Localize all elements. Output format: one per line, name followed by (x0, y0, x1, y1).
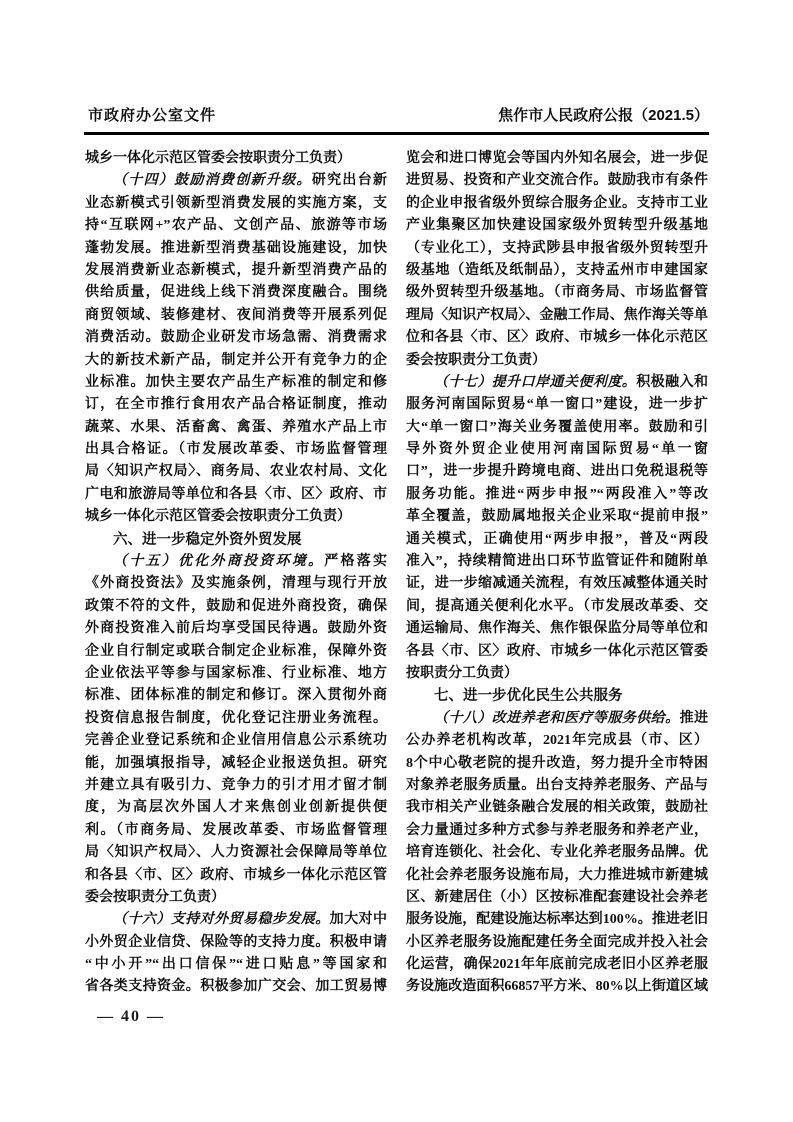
item-heading: （十七）提升口岸通关便利度。 (434, 375, 636, 390)
body-text: 览会和进口博览会等国内外知名展会，进一步促 (406, 151, 708, 166)
text-line: 订，在全市推行食用农产品合格证制度，推动 (85, 394, 387, 416)
item-heading: （十五）优化外商投资环境。 (113, 554, 324, 569)
text-line: 间，提高通关便利化水平。（市发展改革委、交 (406, 596, 708, 618)
text-line: 并建立具有吸引力、竞争力的引才用才留才制 (85, 775, 387, 797)
text-line: 委会按职责分工负责） (85, 887, 387, 909)
body-text: 供给质量，促进线上线下消费深度融合。围绕 (85, 285, 387, 300)
text-line: （十六）支持对外贸易稳步发展。加大对中 (85, 909, 387, 931)
text-line: 《外商投资法》及实施条例，清理与现行开放 (85, 573, 387, 595)
text-line: 口”，进一步提升跨境电商、进出口免税退税等 (406, 461, 708, 483)
item-heading: （十六）支持对外贸易稳步发展。 (113, 912, 330, 927)
section-heading: 七、进一步优化民生公共服务 (434, 688, 623, 704)
body-text: 完善企业登记系统和企业信用信息公示系统功 (85, 733, 387, 748)
body-text: 局〈知识产权局〉、人力资源社会保障局等单位 (85, 845, 387, 860)
text-line: 企业自行制定或联合制定企业标准，保障外资 (85, 641, 387, 663)
body-text: 我市相关产业链条融合发展的相关政策，鼓励社 (406, 800, 708, 815)
body-text: 广电和旅游局等单位和各县〈市、区〉政府、市 (85, 487, 387, 502)
body-text: 小外贸企业信贷、保险等的支持力度。积极申请 (85, 935, 387, 950)
text-line: 出具合格证。（市发展改革委、市场监督管理 (85, 439, 387, 461)
text-line: 七、进一步优化民生公共服务 (406, 685, 708, 707)
body-text: 公办养老机构改革，2021年完成县（市、区） (406, 733, 708, 748)
body-text: 委会按职责分工负责） (85, 890, 225, 905)
body-text: 《外商投资法》及实施条例，清理与现行开放 (85, 576, 387, 591)
text-line: 广电和旅游局等单位和各县〈市、区〉政府、市 (85, 484, 387, 506)
text-line: 省各类支持资金。积极参加广交会、加工贸易博 (85, 976, 387, 998)
body-text: 革全覆盖，鼓励属地报关企业采取“提前申报” (406, 509, 708, 524)
text-line: 准入”，持续精简进出口环节监管证件和随附单 (406, 551, 708, 573)
text-line: “中小开”“出口信保”“进口贴息”等国家和 (85, 954, 387, 976)
body-text: 消费活动。鼓励企业研发市场急需、消费需求 (85, 330, 387, 345)
text-line: （十八）改进养老和医疗等服务供给。推进 (406, 708, 708, 730)
text-line: 位和各县〈市、区〉政府、市城乡一体化示范区管 (406, 327, 708, 349)
body-text: 蔬菜、水果、活畜禽、禽蛋、养殖水产品上市 (85, 420, 387, 435)
body-text: 级基地（造纸及纸制品），支持孟州市申建国家 (406, 263, 708, 278)
body-text: 大的新技术新产品，制定并公开有竞争力的企 (85, 353, 387, 368)
text-line: 小外贸企业信贷、保险等的支持力度。积极申请 (85, 932, 387, 954)
body-text: 政策不符的文件，鼓励和促进外商投资，确保 (85, 599, 387, 614)
text-line: 理局〈知识产权局〉、金融工作局、焦作海关等单 (406, 305, 708, 327)
text-line: 政策不符的文件，鼓励和促进外商投资，确保 (85, 596, 387, 618)
body-text: 区、新建居住（小）区按标准配套建设社会养老 (406, 890, 708, 905)
text-line: 览会和进口博览会等国内外知名展会，进一步促 (406, 148, 708, 170)
body-text: “中小开”“出口信保”“进口贴息”等国家和 (85, 957, 387, 972)
body-text: 标准、团体标准的制定和修订。深入贯彻外商 (85, 688, 387, 703)
body-text: 8个中心敬老院的提升改造，努力提升全市特困 (406, 756, 708, 771)
text-line: 各县〈市、区〉政府、市城乡一体化示范区管委会 (406, 641, 708, 663)
text-line: 服务河南国际贸易“单一窗口”建设，进一步扩 (406, 394, 708, 416)
body-text: 城乡一体化示范区管委会按职责分工负责） (85, 509, 351, 524)
body-text: 位和各县〈市、区〉政府、市城乡一体化示范区管 (406, 330, 708, 349)
body-text: 级外贸转型升级基地。（市商务局、市场监督管 (406, 285, 708, 300)
body-text: 企业依法平等参与国家标准、行业标准、地方 (85, 666, 387, 681)
text-line: 商贸领域、装修建材、夜间消费等开展系列促 (85, 305, 387, 327)
body-text: 的企业申报省级外贸综合服务企业。支持市工业 (406, 196, 708, 211)
text-line: 的企业申报省级外贸综合服务企业。支持市工业 (406, 193, 708, 215)
text-line: 和各县〈市、区〉政府、市城乡一体化示范区管 (85, 865, 387, 887)
text-line: 务设施改造面积66857平方米、80%以上街道区域 (406, 976, 708, 998)
document-page: 市政府办公室文件 焦作市人民政府公报（2021.5） 城乡一体化示范区管委会按职… (0, 0, 793, 1122)
body-text: 严格落实 (324, 554, 387, 569)
text-line: 利。（市商务局、发展改革委、市场监督管理 (85, 820, 387, 842)
body-text: 加大对中 (330, 912, 387, 927)
text-line: 化社会养老服务设施布局，大力推进城市新建城 (406, 865, 708, 887)
body-text: 推进 (680, 711, 708, 726)
body-text: 企业自行制定或联合制定企业标准，保障外资 (85, 644, 387, 659)
body-text: 持“互联网+”农产品、文创产品、旅游等市场 (85, 218, 387, 233)
text-line: 委会按职责分工负责） (406, 350, 708, 372)
text-line: 大的新技术新产品，制定并公开有竞争力的企 (85, 350, 387, 372)
text-line: 大“单一窗口”海关业务覆盖使用率。鼓励和引 (406, 417, 708, 439)
body-text: 各县〈市、区〉政府、市城乡一体化示范区管委会 (406, 644, 708, 663)
text-line: 产业集聚区加快建设国家级外贸转型升级基地 (406, 215, 708, 237)
body-text: 化运营，确保2021年年底前完成老旧小区养老服 (406, 957, 708, 972)
text-line: 会力量通过多种方式参与养老服务和养老产业， (406, 820, 708, 842)
right-column: 览会和进口博览会等国内外知名展会，进一步促进贸易、投资和产业交流合作。鼓励我市有… (406, 148, 708, 999)
body-text: 间，提高通关便利化水平。（市发展改革委、交 (406, 599, 708, 614)
text-line: 公办养老机构改革，2021年完成县（市、区） (406, 730, 708, 752)
body-text: 准入”，持续精简进出口环节监管证件和随附单 (406, 554, 708, 569)
text-line: 蓬勃发展。推进新型消费基础设施建设，加快 (85, 238, 387, 260)
text-line: 对象养老服务质量。出台支持养老服务、产品与 (406, 775, 708, 797)
body-text: 进贸易、投资和产业交流合作。鼓励我市有条件 (406, 173, 708, 188)
text-line: 投资信息报告制度，优化登记注册业务流程。 (85, 708, 387, 730)
text-line: 外商投资准入前后均享受国民待遇。鼓励外资 (85, 618, 387, 640)
text-line: 按职责分工负责） (406, 663, 708, 685)
text-line: 蔬菜、水果、活畜禽、禽蛋、养殖水产品上市 (85, 417, 387, 439)
text-line: 服务功能。推进“两步申报”“两段准入”等改 (406, 484, 708, 506)
body-text: 产业集聚区加快建设国家级外贸转型升级基地 (406, 218, 708, 233)
text-line: 城乡一体化示范区管委会按职责分工负责） (85, 148, 387, 170)
text-line: 我市相关产业链条融合发展的相关政策，鼓励社 (406, 797, 708, 819)
text-line: 局〈知识产权局〉、人力资源社会保障局等单位 (85, 842, 387, 864)
text-line: 度，为高层次外国人才来焦创业创新提供便 (85, 797, 387, 819)
body-text: 证，进一步缩减通关流程，有效压减整体通关时 (406, 576, 708, 591)
text-line: 化运营，确保2021年年底前完成老旧小区养老服 (406, 954, 708, 976)
text-line: 发展消费新业态新模式，提升新型消费产品的 (85, 260, 387, 282)
body-text: 小区养老服务设施配建任务全面完成并投入社会 (406, 935, 708, 950)
text-line: 级基地（造纸及纸制品），支持孟州市申建国家 (406, 260, 708, 282)
text-line: 持“互联网+”农产品、文创产品、旅游等市场 (85, 215, 387, 237)
body-text: 务设施改造面积66857平方米、80%以上街道区域 (406, 979, 708, 994)
body-text: 业标准。加快主要农产品生产标准的制定和修 (85, 375, 387, 390)
body-text: （专业化工），支持武陟县申报省级外贸转型升 (406, 241, 708, 256)
body-text: 服务设施，配建设施达标率达到100%。推进老旧 (406, 912, 708, 927)
body-text: 理局〈知识产权局〉、金融工作局、焦作海关等单 (406, 308, 708, 323)
text-line: 导外资外贸企业使用河南国际贸易“单一窗 (406, 439, 708, 461)
text-line: 服务设施，配建设施达标率达到100%。推进老旧 (406, 909, 708, 931)
header-gazette-title: 焦作市人民政府公报（2021.5） (498, 104, 709, 125)
body-text: 通运输局、焦作海关、焦作银保监分局等单位和 (406, 621, 708, 636)
body-text: 能，加强填报指导，减轻企业报送负担。研究 (85, 756, 387, 771)
body-text: 服务河南国际贸易“单一窗口”建设，进一步扩 (406, 397, 708, 412)
text-line: 消费活动。鼓励企业研发市场急需、消费需求 (85, 327, 387, 349)
text-line: 革全覆盖，鼓励属地报关企业采取“提前申报” (406, 506, 708, 528)
text-line: 通关模式，正确使用“两步申报”，普及“两段 (406, 529, 708, 551)
text-line: 通运输局、焦作海关、焦作银保监分局等单位和 (406, 618, 708, 640)
body-text: 积极融入和 (636, 375, 708, 390)
body-text: 培育连锁化、社会化、专业化养老服务品牌。优 (406, 845, 708, 860)
body-text: 业态新模式引领新型消费发展的实施方案，支 (85, 196, 387, 211)
body-text: 城乡一体化示范区管委会按职责分工负责） (85, 151, 351, 166)
body-text: 按职责分工负责） (406, 666, 518, 681)
text-line: （十五）优化外商投资环境。严格落实 (85, 551, 387, 573)
text-line: 完善企业登记系统和企业信用信息公示系统功 (85, 730, 387, 752)
text-line: （十四）鼓励消费创新升级。研究出台新 (85, 170, 387, 192)
body-text: 发展消费新业态新模式，提升新型消费产品的 (85, 263, 387, 278)
body-text: 投资信息报告制度，优化登记注册业务流程。 (85, 711, 387, 726)
text-line: （专业化工），支持武陟县申报省级外贸转型升 (406, 238, 708, 260)
body-text: 利。（市商务局、发展改革委、市场监督管理 (85, 823, 387, 838)
left-column: 城乡一体化示范区管委会按职责分工负责）（十四）鼓励消费创新升级。研究出台新业态新… (85, 148, 387, 999)
item-heading: （十四）鼓励消费创新升级。 (113, 173, 312, 188)
body-text: 和各县〈市、区〉政府、市城乡一体化示范区管 (85, 868, 387, 883)
text-line: 证，进一步缩减通关流程，有效压减整体通关时 (406, 573, 708, 595)
header-rule (84, 132, 709, 135)
page-number: — 40 — (97, 1008, 165, 1026)
section-heading: 六、进一步稳定外资外贸发展 (113, 532, 302, 548)
item-heading: （十八）改进养老和医疗等服务供给。 (434, 711, 680, 726)
body-text: 局〈知识产权局〉、商务局、农业农村局、文化 (85, 464, 387, 479)
text-line: 区、新建居住（小）区按标准配套建设社会养老 (406, 887, 708, 909)
text-line: 小区养老服务设施配建任务全面完成并投入社会 (406, 932, 708, 954)
text-line: 企业依法平等参与国家标准、行业标准、地方 (85, 663, 387, 685)
body-text: 口”，进一步提升跨境电商、进出口免税退税等 (406, 464, 708, 479)
body-text: 商贸领域、装修建材、夜间消费等开展系列促 (85, 308, 387, 323)
body-text: 通关模式，正确使用“两步申报”，普及“两段 (406, 532, 708, 547)
text-line: 局〈知识产权局〉、商务局、农业农村局、文化 (85, 461, 387, 483)
text-line: 业标准。加快主要农产品生产标准的制定和修 (85, 372, 387, 394)
body-text: 研究出台新 (312, 173, 387, 188)
body-text: 度，为高层次外国人才来焦创业创新提供便 (85, 800, 387, 815)
body-text: 蓬勃发展。推进新型消费基础设施建设，加快 (85, 241, 387, 256)
text-line: 供给质量，促进线上线下消费深度融合。围绕 (85, 282, 387, 304)
body-text: 对象养老服务质量。出台支持养老服务、产品与 (406, 778, 708, 793)
text-line: 六、进一步稳定外资外贸发展 (85, 529, 387, 551)
text-line: 培育连锁化、社会化、专业化养老服务品牌。优 (406, 842, 708, 864)
text-line: 城乡一体化示范区管委会按职责分工负责） (85, 506, 387, 528)
body-text: 服务功能。推进“两步申报”“两段准入”等改 (406, 487, 708, 502)
body-text: 导外资外贸企业使用河南国际贸易“单一窗 (406, 442, 708, 457)
body-text: 化社会养老服务设施布局，大力推进城市新建城 (406, 868, 708, 883)
text-line: 能，加强填报指导，减轻企业报送负担。研究 (85, 753, 387, 775)
body-text: 大“单一窗口”海关业务覆盖使用率。鼓励和引 (406, 420, 708, 435)
text-line: 进贸易、投资和产业交流合作。鼓励我市有条件 (406, 170, 708, 192)
text-line: 业态新模式引领新型消费发展的实施方案，支 (85, 193, 387, 215)
body-text: 出具合格证。（市发展改革委、市场监督管理 (85, 442, 387, 457)
text-line: （十七）提升口岸通关便利度。积极融入和 (406, 372, 708, 394)
text-line: 标准、团体标准的制定和修订。深入贯彻外商 (85, 685, 387, 707)
body-text: 省各类支持资金。积极参加广交会、加工贸易博 (85, 979, 387, 994)
header-doc-category: 市政府办公室文件 (88, 104, 216, 125)
text-line: 8个中心敬老院的提升改造，努力提升全市特困 (406, 753, 708, 775)
body-text: 并建立具有吸引力、竞争力的引才用才留才制 (85, 778, 387, 793)
body-text: 外商投资准入前后均享受国民待遇。鼓励外资 (85, 621, 387, 636)
body-text: 会力量通过多种方式参与养老服务和养老产业， (406, 823, 708, 838)
text-line: 级外贸转型升级基地。（市商务局、市场监督管 (406, 282, 708, 304)
body-text: 订，在全市推行食用农产品合格证制度，推动 (85, 397, 387, 412)
body-text: 委会按职责分工负责） (406, 353, 546, 368)
